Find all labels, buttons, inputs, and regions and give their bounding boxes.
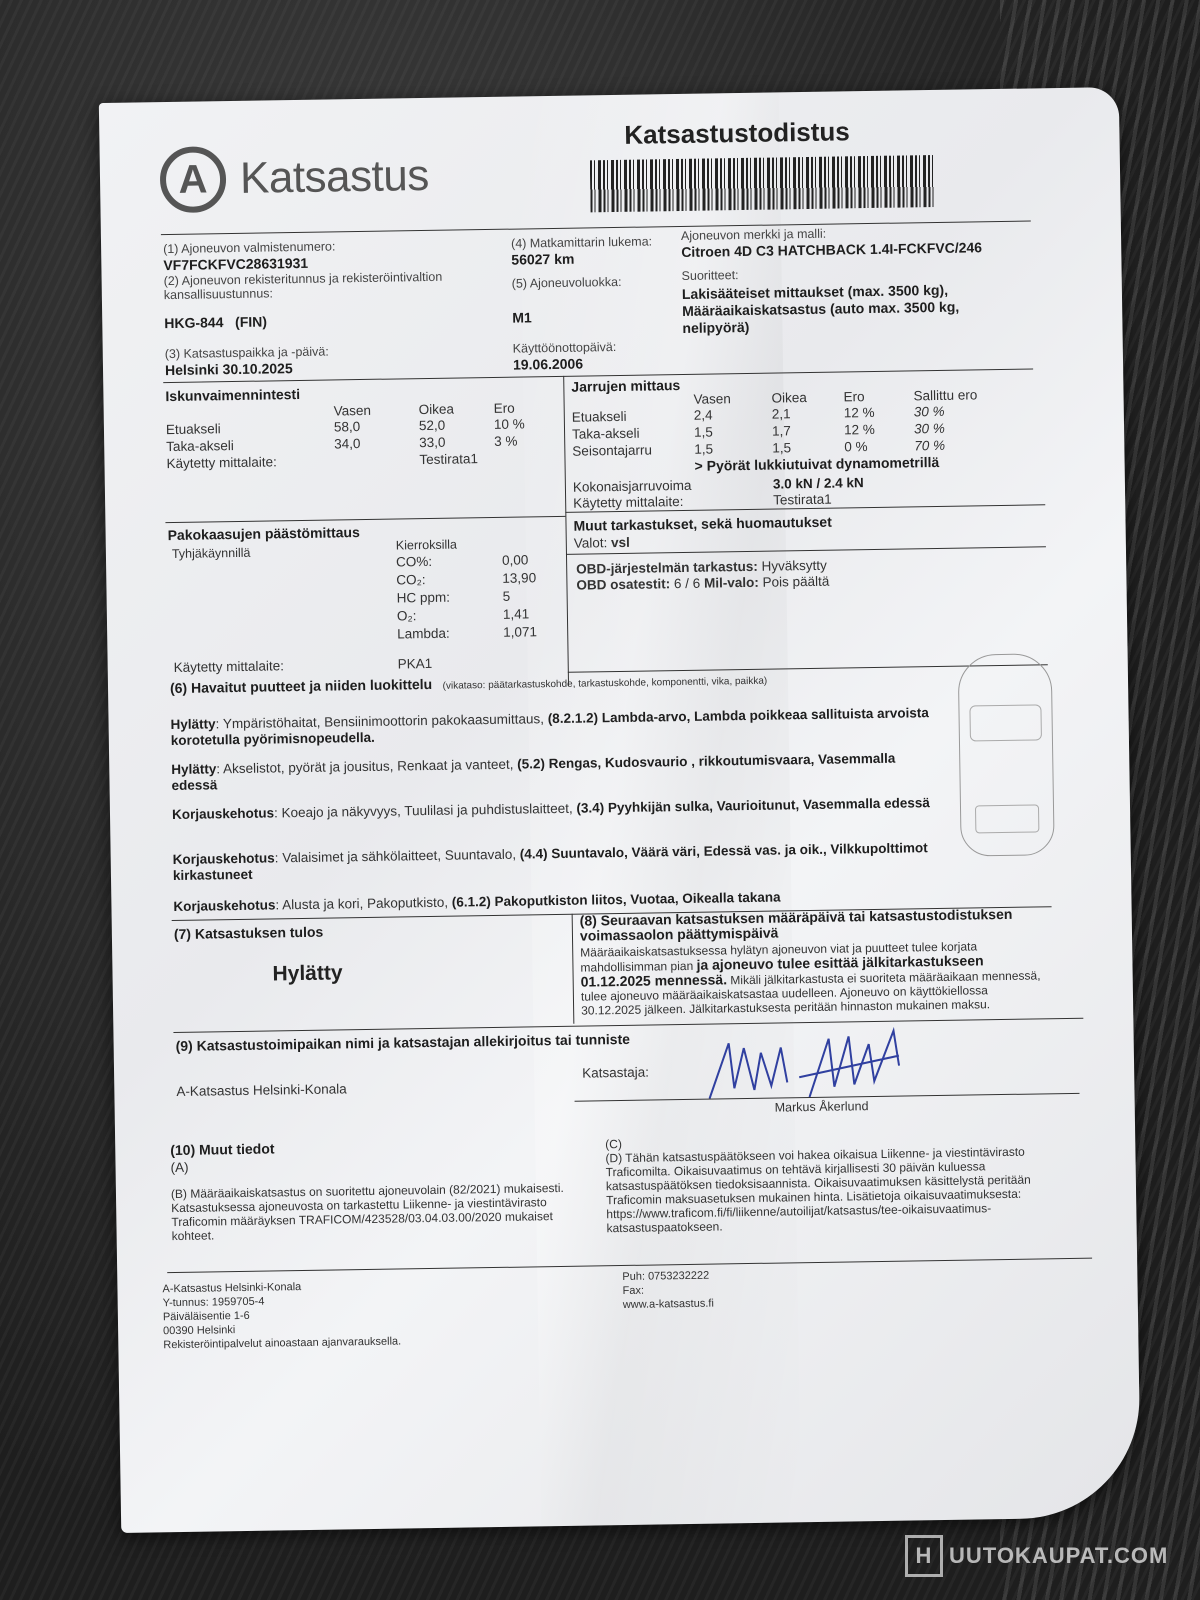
class-label: (5) Ajoneuvoluokka: xyxy=(512,275,622,291)
inspection-certificate: A Katsastus Katsastustodistus (1) Ajoneu… xyxy=(99,87,1141,1533)
barcode-icon xyxy=(590,155,936,212)
odometer-label: (4) Matkamittarin lukema: xyxy=(511,234,652,250)
make-model-label: Ajoneuvon merkki ja malli: xyxy=(681,227,826,243)
other-info-c: (C) xyxy=(605,1137,622,1151)
column-divider xyxy=(572,914,575,1024)
watermark: H UUTOKAUPAT.COM xyxy=(905,1535,1168,1577)
vin-label: (1) Ajoneuvon valmistenumero: xyxy=(163,239,336,256)
reg-value: HKG-844 (FIN) xyxy=(164,313,267,331)
signature-title: (9) Katsastustoimipaikan nimi ja katsast… xyxy=(176,1031,631,1054)
other-info-a: (A) xyxy=(170,1160,188,1175)
column-divider xyxy=(563,376,569,686)
defect-item: Hylätty: Akselistot, pyörät ja jousitus,… xyxy=(171,750,931,794)
next-inspection-text: Määräaikaiskatsastuksessa hylätyn ajoneu… xyxy=(580,938,1051,1017)
place-date-label: (3) Katsastuspaikka ja -päivä: xyxy=(165,345,329,362)
footer-website: www.a-katsastus.fi xyxy=(623,1297,714,1312)
brand-name: Katsastus xyxy=(240,151,429,204)
result-value: Hylätty xyxy=(272,961,342,986)
other-info-b: (B) Määräaikaiskatsastus on suoritettu a… xyxy=(171,1181,592,1244)
station-name: A-Katsastus Helsinki-Konala xyxy=(176,1081,347,1099)
first-use-label: Käyttöönottopäivä: xyxy=(513,340,617,356)
car-diagram-icon xyxy=(958,653,1055,856)
divider xyxy=(566,546,1046,555)
rpm-label: Kierroksilla xyxy=(396,538,457,553)
shock-test-title: Iskunvaimennintesti xyxy=(165,386,300,404)
defect-item: Korjauskehotus: Valaisimet ja sähkölaitt… xyxy=(173,840,933,884)
footer-contact: Puh: 0753232222 Fax: www.a-katsastus.fi xyxy=(622,1269,714,1312)
inspector-name: Markus Åkerlund xyxy=(775,1099,869,1114)
shock-device: Käytetty mittalaite: Testirata1 xyxy=(166,451,478,471)
emissions-device: Käytetty mittalaite: PKA1 xyxy=(174,656,433,675)
make-model-value: Citroen 4D C3 HATCHBACK 1.4I-FCKFVC/246 xyxy=(681,239,982,260)
shock-test-headers: Vasen Oikea Ero xyxy=(334,401,515,419)
table-row: HC ppm:5 xyxy=(397,588,537,605)
emissions-title: Pakokaasujen päästömittaus xyxy=(168,524,360,543)
divider xyxy=(165,516,565,523)
other-info-d: (D) Tähän katsastuspäätökseen voi hakea … xyxy=(605,1144,1066,1235)
lights-row: Valot: vsl xyxy=(574,535,630,551)
result-title: (7) Katsastuksen tulos xyxy=(174,924,324,942)
other-checks-title: Muut tarkastukset, sekä huomautukset xyxy=(573,514,832,534)
other-info-title: (10) Muut tiedot xyxy=(170,1140,274,1158)
document-title: Katsastustodistus xyxy=(624,116,850,151)
table-row: Lambda:1,071 xyxy=(397,624,537,641)
divider xyxy=(161,220,1031,235)
vin-value: VF7FCKFVC28631931 xyxy=(163,255,308,273)
class-value: M1 xyxy=(512,309,532,325)
brake-test-title: Jarrujen mittaus xyxy=(571,377,680,395)
footer-address: A-Katsastus Helsinki-Konala Y-tunnus: 19… xyxy=(162,1279,401,1353)
defect-item: Hylätty: Ympäristöhaitat, Bensiinimootto… xyxy=(170,705,930,749)
table-row: CO₂:13,90 xyxy=(396,570,536,587)
table-row: O₂:1,41 xyxy=(397,606,537,623)
reg-label: (2) Ajoneuvon rekisteritunnus ja rekiste… xyxy=(164,269,484,302)
odometer-value: 56027 km xyxy=(511,251,574,268)
next-inspection-title: (8) Seuraavan katsastuksen määräpäivä ta… xyxy=(580,906,1050,943)
inspector-label: Katsastaja: xyxy=(582,1065,649,1081)
brake-note: > Pyörät lukkiutuivat dynamometrillä xyxy=(694,454,939,474)
table-row: CO%:0,00 xyxy=(396,552,536,569)
obd-sub-row: OBD osatestit: 6 / 6 Mil-valo: Pois pääl… xyxy=(576,574,829,593)
watermark-logo-icon: H xyxy=(905,1535,943,1577)
defect-item: Korjauskehotus: Koeajo ja näkyvyys, Tuul… xyxy=(172,795,932,823)
emissions-table: CO%:0,00 CO₂:13,90 HC ppm:5 O₂:1,41 Lamb… xyxy=(396,552,537,641)
services-label: Suoritteet: xyxy=(682,268,739,283)
defects-header: (6) Havaitut puutteet ja niiden luokitte… xyxy=(170,671,767,698)
place-date-value: Helsinki 30.10.2025 xyxy=(165,360,293,378)
services-value: Lakisääteiset mittaukset (max. 3500 kg),… xyxy=(682,281,1013,337)
brand-logo: A Katsastus xyxy=(160,143,430,213)
idle-label: Tyhjäkäynnillä xyxy=(172,546,251,561)
first-use-value: 19.06.2006 xyxy=(513,356,583,373)
logo-mark-icon: A xyxy=(160,146,227,213)
